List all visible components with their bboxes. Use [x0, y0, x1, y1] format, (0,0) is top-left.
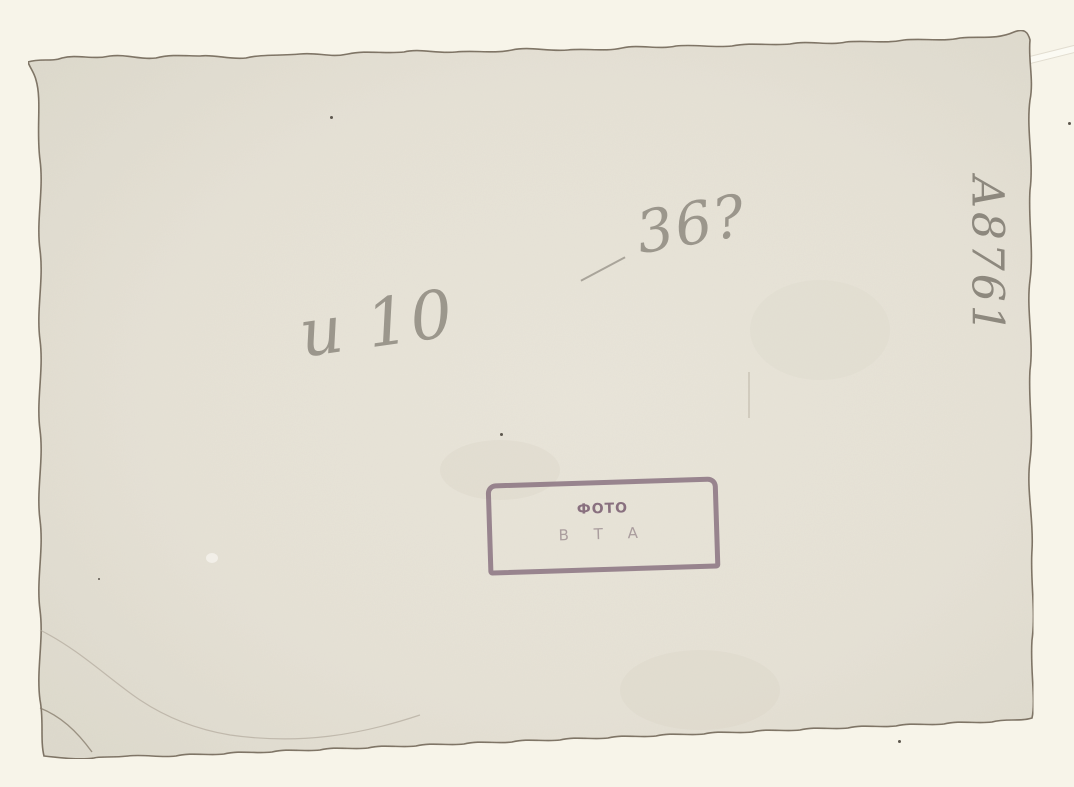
scan-background: и 10 36? А8761 ФОТО В Т А	[0, 0, 1074, 787]
dust-speck	[98, 578, 100, 580]
pencil-mark	[748, 372, 750, 418]
photo-card-back	[0, 0, 1074, 787]
pencil-note-side: А8761	[962, 176, 1013, 326]
dust-speck	[1068, 122, 1071, 125]
card-shape	[28, 30, 1033, 758]
rubber-stamp: ФОТО В Т А	[486, 476, 721, 575]
stamp-line-2: В Т А	[492, 522, 714, 547]
dust-speck	[898, 740, 901, 743]
stamp-line-1: ФОТО	[491, 498, 713, 521]
dust-speck	[500, 433, 503, 436]
dust-speck	[330, 116, 333, 119]
